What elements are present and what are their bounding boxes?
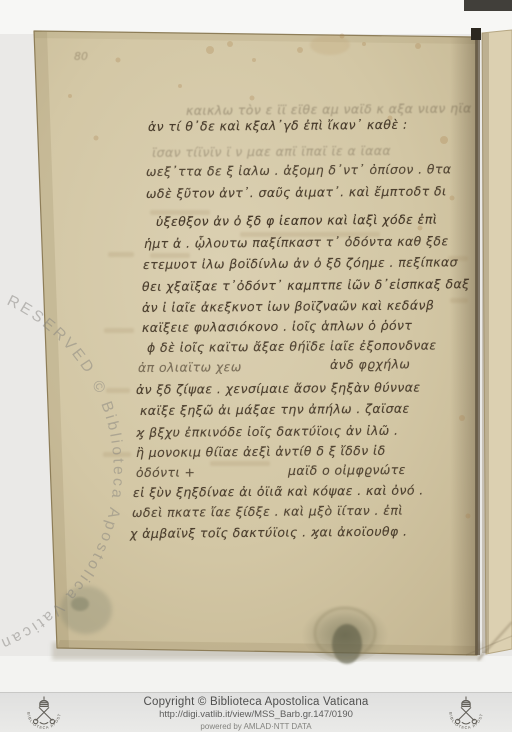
manuscript-page	[34, 31, 477, 655]
backing-sheet-bottom	[0, 656, 512, 692]
gray-stain	[60, 586, 112, 634]
gutter-top-notch	[471, 28, 481, 40]
gutter-shading	[450, 37, 478, 655]
folio-number: 80	[74, 50, 88, 63]
tan-blotch	[310, 35, 350, 55]
gray-stain-core	[71, 597, 89, 611]
svg-text:BIBLIOTECA APOSTOLICA VATICANA: BIBLIOTECA APOSTOLICA VATICANA	[444, 694, 484, 730]
facing-page-gutter-shade	[482, 33, 489, 653]
backing-sheet-top	[0, 0, 512, 34]
scan-background	[0, 0, 512, 732]
footer-bar: BIBLIOTECA APOSTOLICA VATICANA Copyright…	[0, 692, 512, 732]
scan-edge-dark-strip	[464, 0, 512, 11]
footer-copyright: Copyright © Biblioteca Apostolica Vatica…	[0, 696, 512, 708]
vatican-library-seal-right: BIBLIOTECA APOSTOLICA VATICANA	[442, 694, 490, 732]
footer-text: Copyright © Biblioteca Apostolica Vatica…	[0, 696, 512, 731]
digitized-manuscript-viewer: 80 καικλω τὸν ε ϊϊ εϊθε αμ ναϊδ κ αξα νι…	[0, 0, 512, 732]
footer-url: http://digi.vatlib.it/view/MSS_Barb.gr.1…	[0, 709, 512, 720]
footer-powered-by: powered by AMLAD·NTT DATA	[0, 722, 512, 731]
gutter-crease	[475, 34, 480, 655]
seal-ring-text: BIBLIOTECA APOSTOLICA VATICANA	[444, 694, 484, 730]
